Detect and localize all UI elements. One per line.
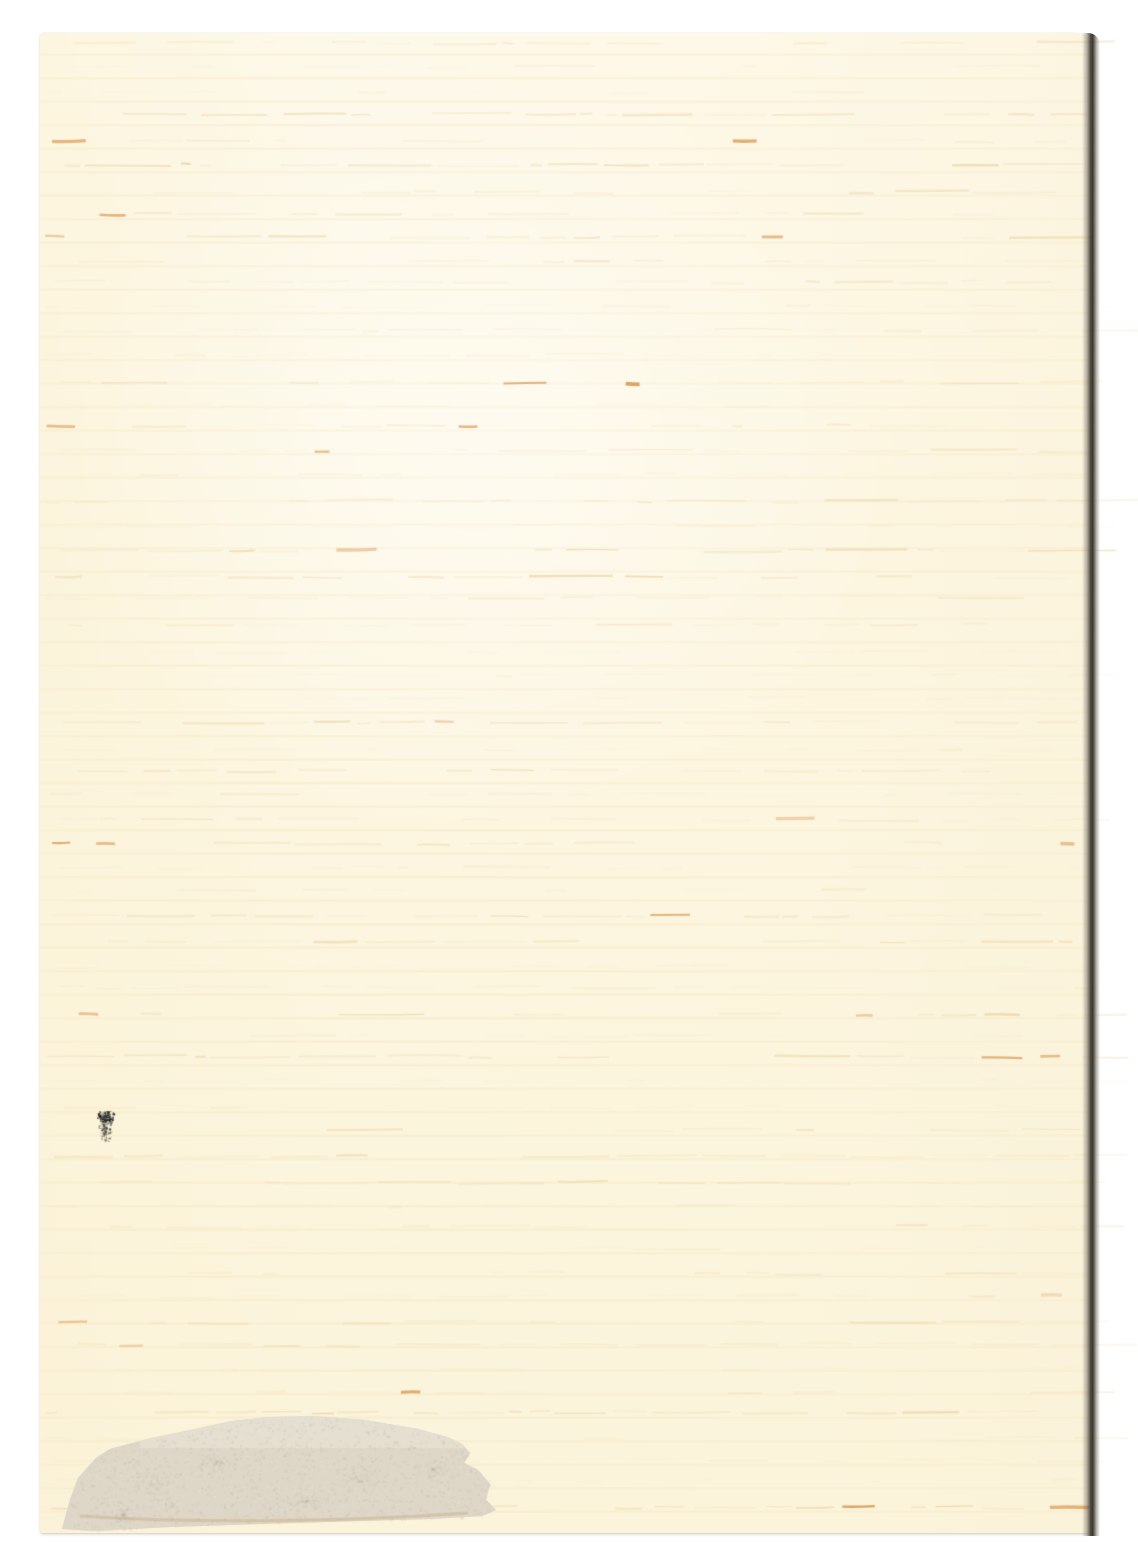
paper-edge-shadow	[1082, 33, 1100, 1536]
paper-texture-canvas	[0, 0, 1138, 1566]
ink-blot-mark	[95, 1110, 115, 1142]
scanner-background	[0, 0, 1138, 1566]
